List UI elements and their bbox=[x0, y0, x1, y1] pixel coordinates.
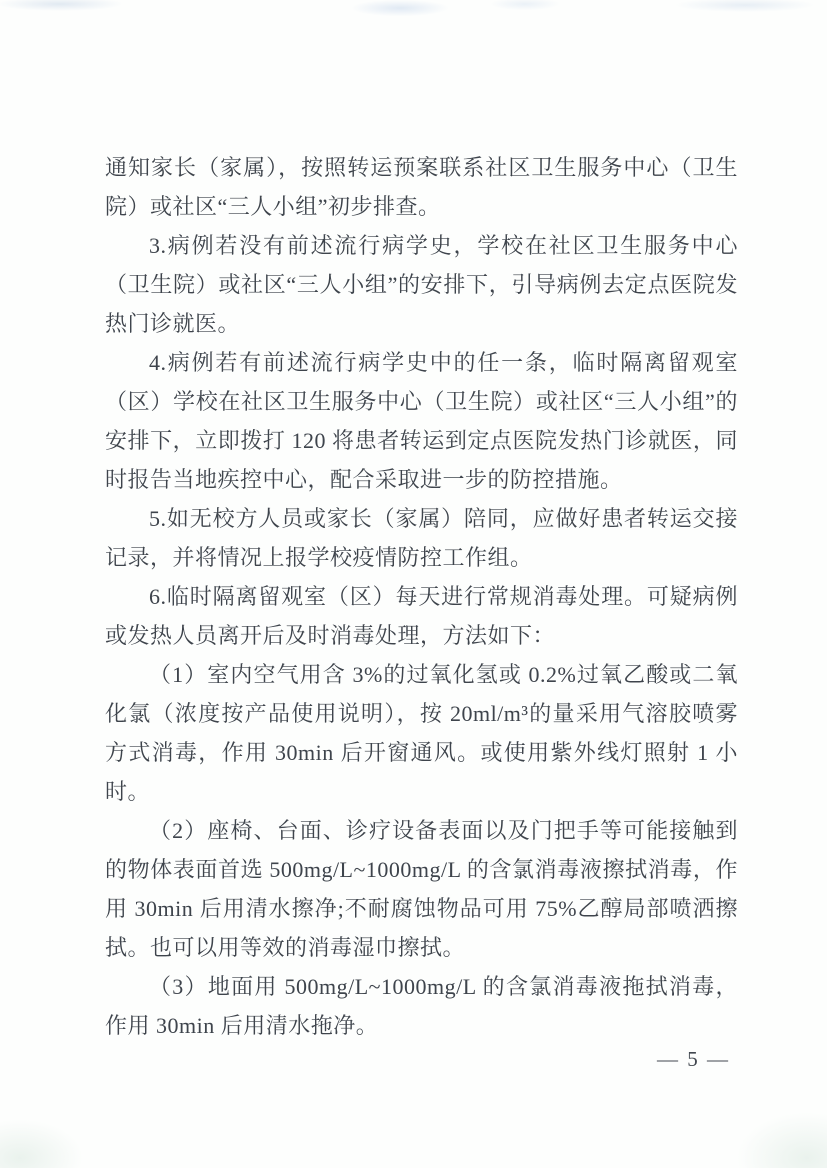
scanned-document-page: 通知家长（家属），按照转运预案联系社区卫生服务中心（卫生院）或社区“三人小组”初… bbox=[0, 0, 827, 1168]
paragraph-item-6: 6.临时隔离留观室（区）每天进行常规消毒处理。可疑病例或发热人员离开后及时消毒处… bbox=[105, 577, 738, 655]
paragraph-item-4: 4.病例若有前述流行病学史中的任一条，临时隔离留观室（区）学校在社区卫生服务中心… bbox=[105, 343, 738, 499]
paragraph-subitem-2: （2）座椅、台面、诊疗设备表面以及门把手等可能接触到的物体表面首选 500mg/… bbox=[105, 811, 738, 967]
scan-artifact-bottom-left bbox=[0, 1098, 140, 1168]
paragraph-subitem-1: （1）室内空气用含 3%的过氧化氢或 0.2%过氧乙酸或二氧化氯（浓度按产品使用… bbox=[105, 655, 738, 811]
scan-artifact-bottom-right bbox=[687, 1088, 827, 1168]
paragraph-item-5: 5.如无校方人员或家长（家属）陪同，应做好患者转运交接记录，并将情况上报学校疫情… bbox=[105, 499, 738, 577]
page-number: — 5 — bbox=[657, 1046, 730, 1072]
document-body: 通知家长（家属），按照转运预案联系社区卫生服务中心（卫生院）或社区“三人小组”初… bbox=[105, 148, 738, 1045]
paragraph-continuation: 通知家长（家属），按照转运预案联系社区卫生服务中心（卫生院）或社区“三人小组”初… bbox=[105, 148, 738, 226]
paragraph-subitem-3: （3）地面用 500mg/L~1000mg/L 的含氯消毒液拖拭消毒，作用 30… bbox=[105, 967, 738, 1045]
scan-artifact-top-edge bbox=[0, 0, 827, 18]
paragraph-item-3: 3.病例若没有前述流行病学史，学校在社区卫生服务中心（卫生院）或社区“三人小组”… bbox=[105, 226, 738, 343]
